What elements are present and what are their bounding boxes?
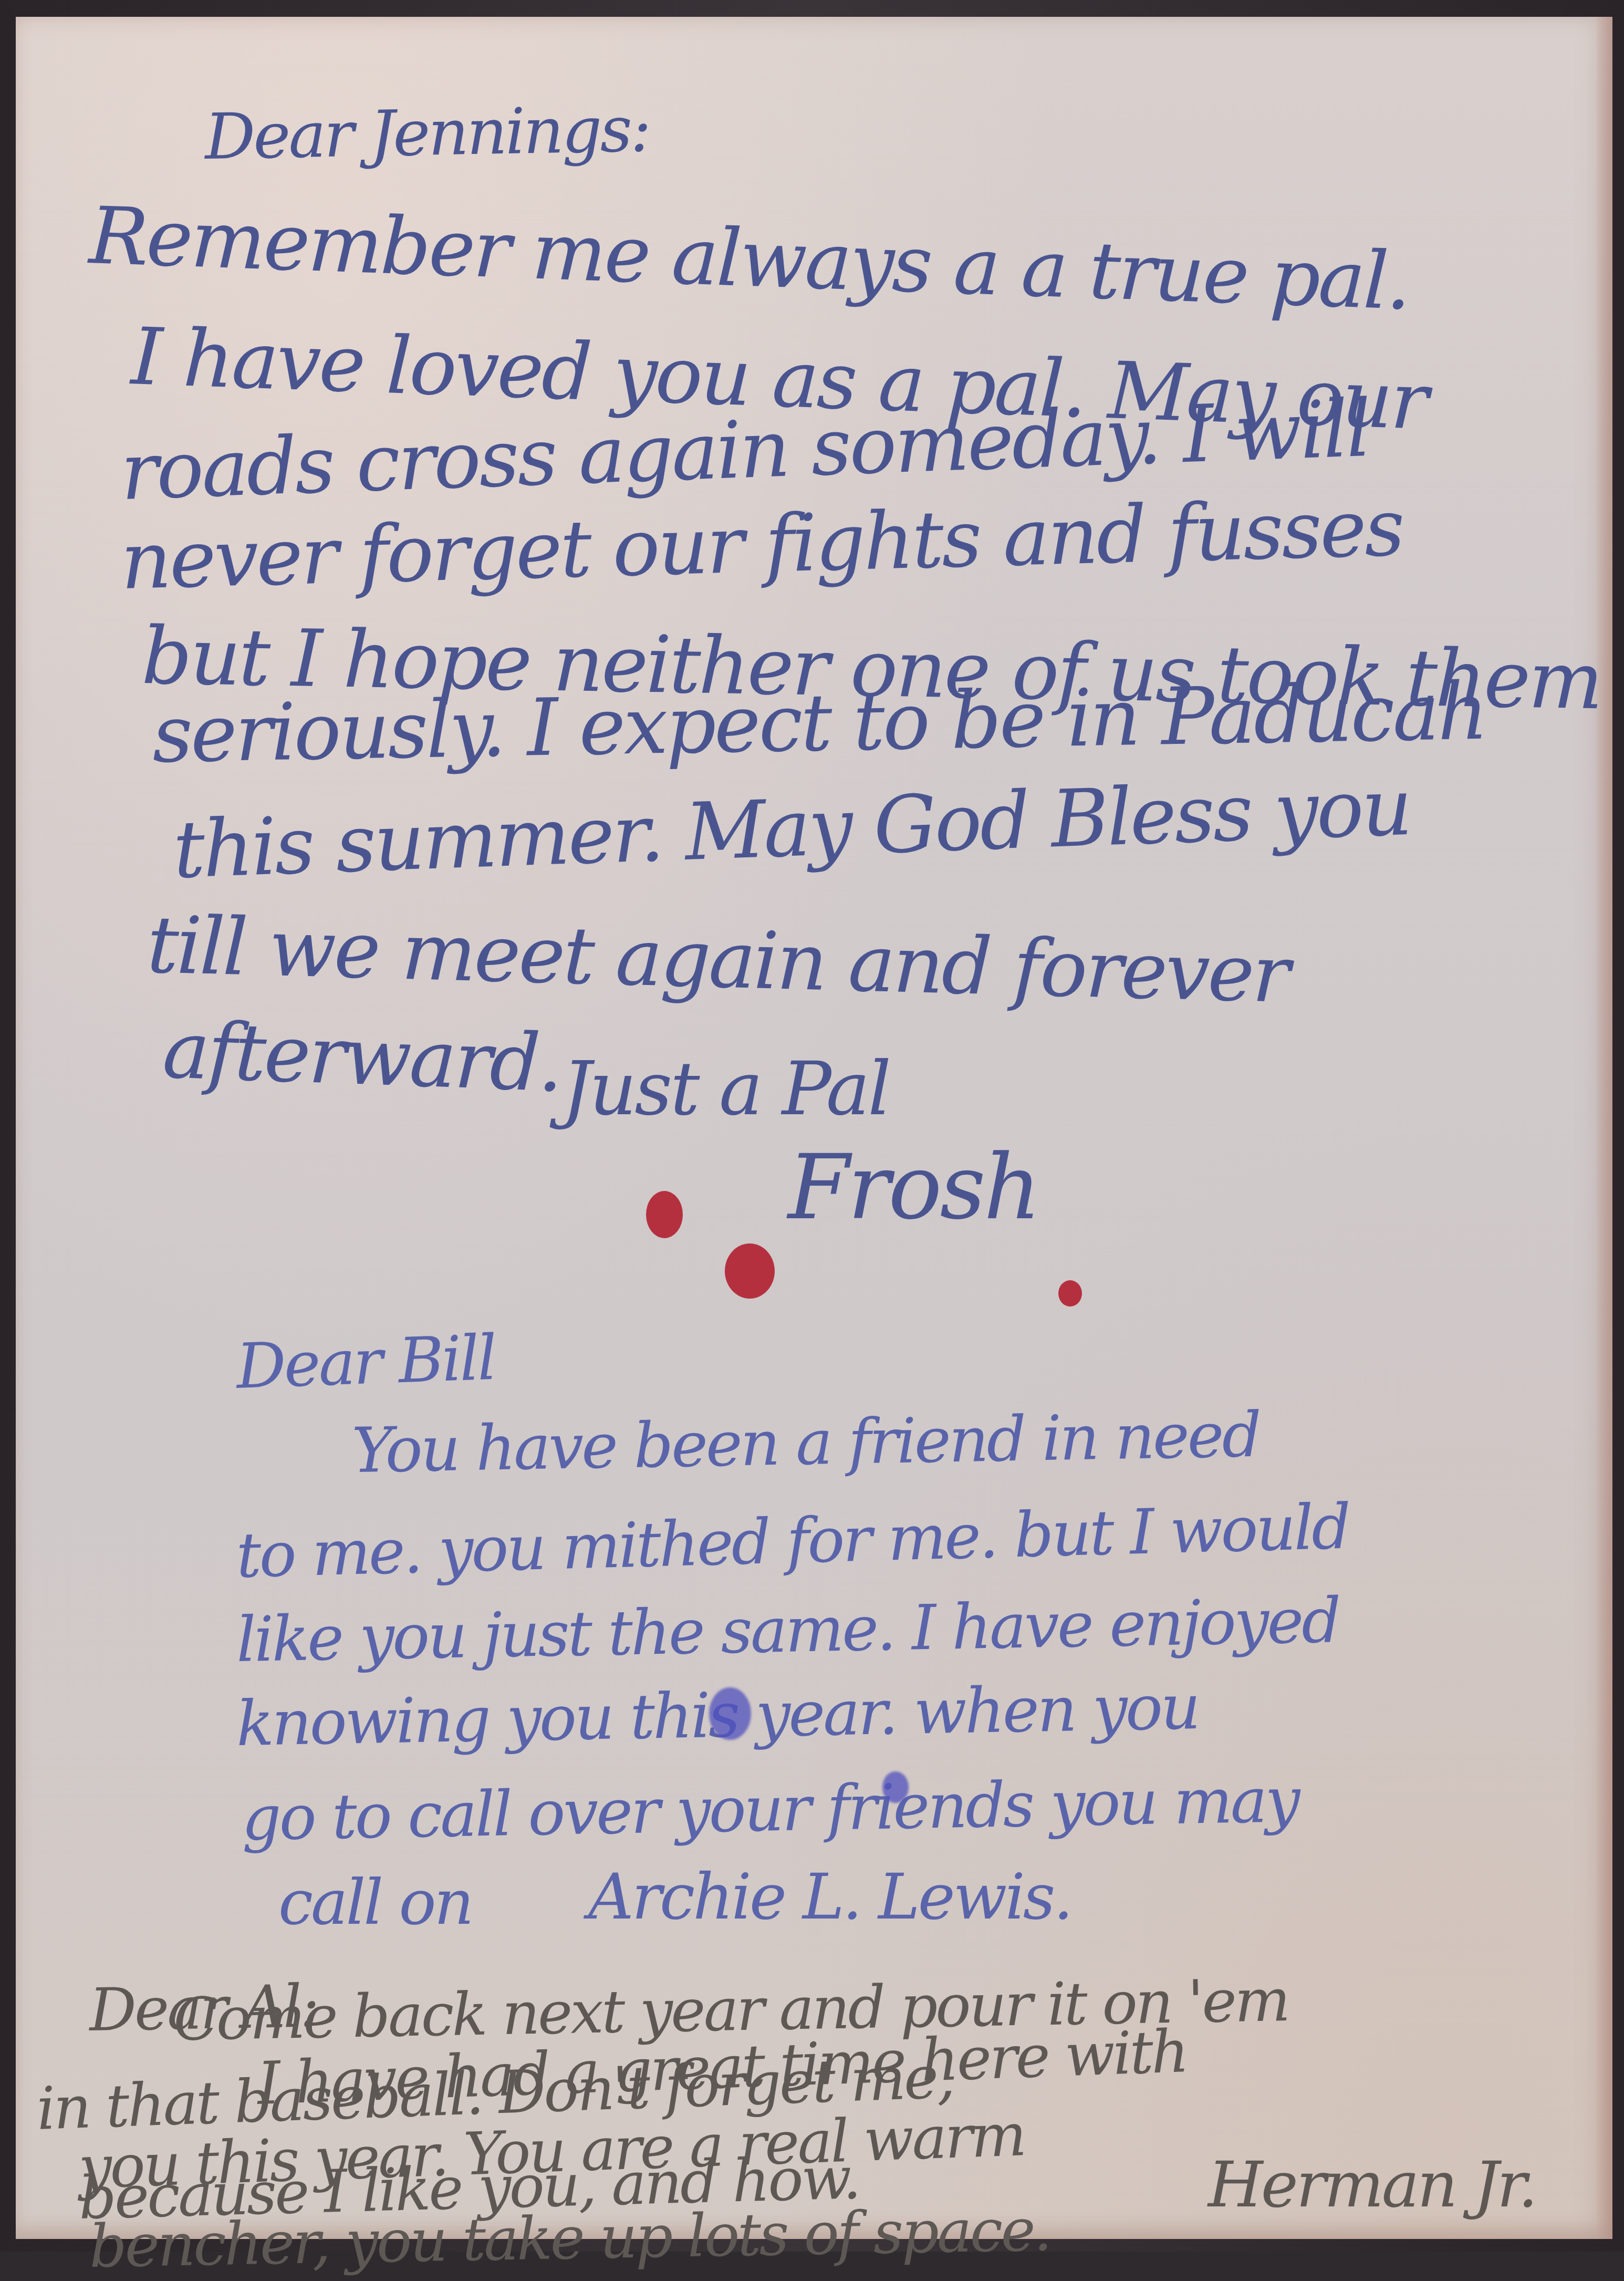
ink-blot (882, 1771, 909, 1803)
ink-blot (646, 1191, 683, 1238)
note-signature: Herman Jr. (1208, 2149, 1536, 2222)
ink-blot (1058, 1280, 1082, 1307)
note-salutation: Dear Bill (235, 1321, 496, 1403)
ink-blot (709, 1687, 751, 1740)
note-line: like you just the same. I have enjoyed (236, 1584, 1340, 1676)
note-line: till we meet again and forever (146, 899, 1289, 1021)
note-line: You have been a friend in need (351, 1398, 1260, 1487)
note-line: call on (278, 1866, 472, 1938)
note-signature: Frosh (788, 1136, 1039, 1240)
note-line: afterward. (161, 1004, 563, 1110)
note-signature: Archie L. Lewis. (588, 1861, 1071, 1934)
ink-blot (725, 1243, 775, 1299)
note-line: go to call over your friends you may (241, 1764, 1299, 1854)
page-edge (1597, 17, 1612, 2239)
autograph-page: Dear Jennings: Remember me always a a tr… (16, 17, 1612, 2239)
note-salutation: Dear Jennings: (204, 93, 650, 174)
note-line: Remember me always a a true pal. (88, 190, 1411, 328)
note-closing: Just a Pal (562, 1046, 889, 1132)
note-line: to me. you mithed for me. but I would (235, 1490, 1350, 1592)
note-line: this summer. May God Bless you (172, 762, 1412, 896)
